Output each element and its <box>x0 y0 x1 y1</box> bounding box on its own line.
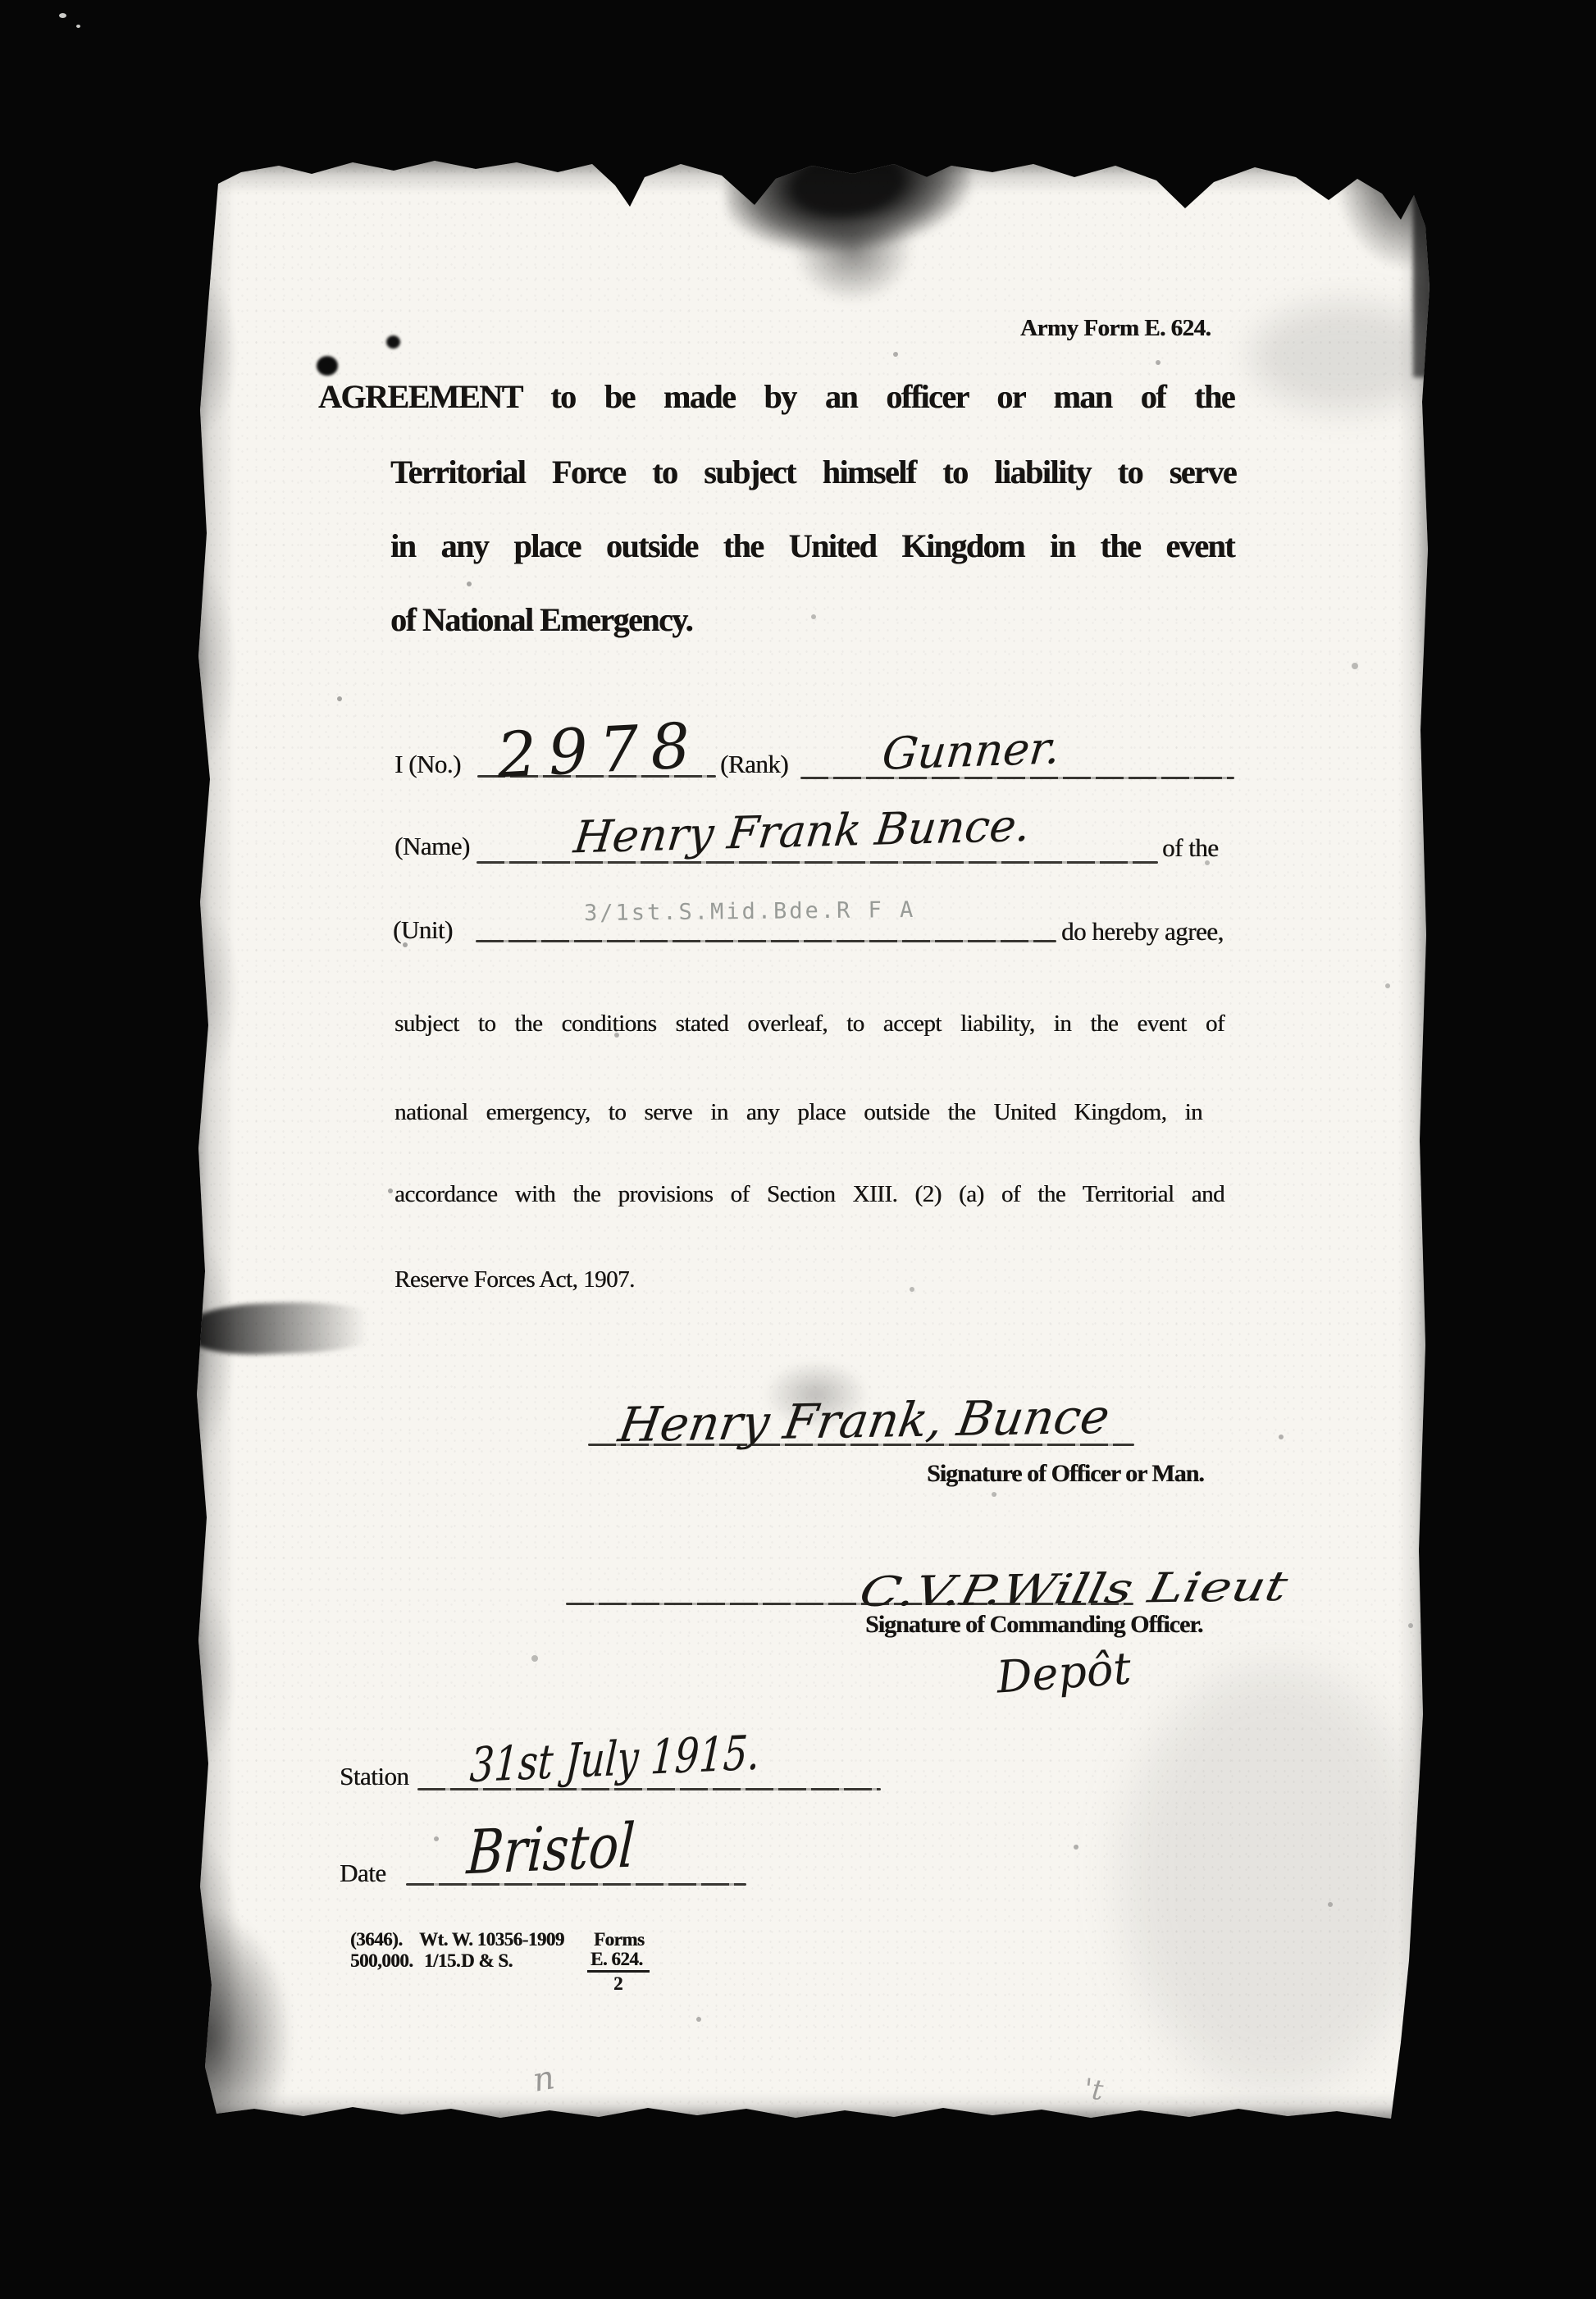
ink-stain <box>184 1911 290 2124</box>
imprint-wt: Wt. W. 10356-1909 <box>419 1929 564 1950</box>
scanned-page: n 't Army Form E. 624. AGREEMENT to be m… <box>0 0 1596 2299</box>
paper-discoloration <box>1124 1665 1427 2091</box>
ink-stain <box>189 1299 392 1357</box>
number-field-label: I (No.) <box>394 750 461 779</box>
imprint-qty: 500,000. <box>350 1950 413 1972</box>
rank-field-label: (Rank) <box>720 750 788 779</box>
document-paper: n 't <box>189 156 1431 2120</box>
pencil-mark: 't <box>1083 2073 1105 2107</box>
do-hereby-suffix: do hereby agree, <box>1061 917 1224 947</box>
form-title-line-1: AGREEMENT to be made by an officer or ma… <box>318 377 1234 416</box>
officer-signature-line <box>588 1444 1134 1446</box>
paper-edge-top <box>189 156 1431 194</box>
number-field-value: 2978 <box>495 709 704 792</box>
commanding-signature-line <box>566 1603 1133 1605</box>
name-field-label: (Name) <box>394 832 470 861</box>
scan-speck <box>59 13 66 18</box>
date-value: Bristol <box>465 1810 636 1888</box>
imprint-forms-label: Forms <box>594 1929 644 1950</box>
ink-stain <box>386 335 400 349</box>
imprint-fraction-rule <box>587 1970 650 1973</box>
paper-edge-right <box>1398 156 1431 2120</box>
commanding-officer-signature: C.V.P.Wills Lieut <box>855 1562 1292 1616</box>
ink-stain <box>791 226 914 303</box>
body-line-2: national emergency, to serve in any plac… <box>394 1099 1202 1126</box>
paper-edge-left <box>189 156 235 2120</box>
paper-discoloration <box>1251 303 1439 410</box>
imprint-forms-code: E. 624. <box>591 1949 643 1970</box>
of-the-suffix: of the <box>1162 833 1218 863</box>
ink-stain <box>317 356 338 376</box>
ink-stain <box>1413 156 1433 377</box>
paper-edge-bottom <box>189 2092 1431 2120</box>
paper-specks <box>189 156 192 159</box>
ink-stain <box>1335 146 1438 269</box>
unit-field-line <box>476 940 1056 942</box>
paper-mottling <box>189 156 279 2120</box>
rank-field-line <box>800 777 1234 779</box>
ink-stain <box>721 131 977 263</box>
imprint-forms-part: 2 <box>613 1973 622 1995</box>
depot-note: Depôt <box>995 1642 1133 1703</box>
body-line-4: Reserve Forces Act, 1907. <box>394 1266 635 1293</box>
form-title-line-2: Territorial Force to subject himself to … <box>390 453 1236 491</box>
imprint-date-code: 1/15. <box>424 1950 460 1972</box>
unit-stamp-value: 3/1st.S.Mid.Bde.R F A <box>584 897 916 926</box>
date-label: Date <box>340 1859 386 1888</box>
body-line-1: subject to the conditions stated overlea… <box>394 1010 1224 1038</box>
scan-speck <box>76 25 80 28</box>
imprint-printer: D & S. <box>461 1950 513 1972</box>
station-label: Station <box>340 1762 408 1791</box>
form-title-line-4: of National Emergency. <box>390 600 692 639</box>
officer-signature-caption: Signature of Officer or Man. <box>927 1460 1204 1488</box>
form-number: Army Form E. 624. <box>1020 315 1211 342</box>
body-line-3: accordance with the provisions of Sectio… <box>394 1181 1224 1208</box>
rank-field-value: Gunner. <box>880 722 1063 780</box>
imprint-ref: (3646). <box>350 1929 403 1950</box>
pencil-mark: n <box>530 2059 557 2100</box>
commanding-signature-caption: Signature of Commanding Officer. <box>865 1611 1202 1639</box>
unit-field-label: (Unit) <box>393 915 453 945</box>
form-title-line-3: in any place outside the United Kingdom … <box>390 527 1234 565</box>
